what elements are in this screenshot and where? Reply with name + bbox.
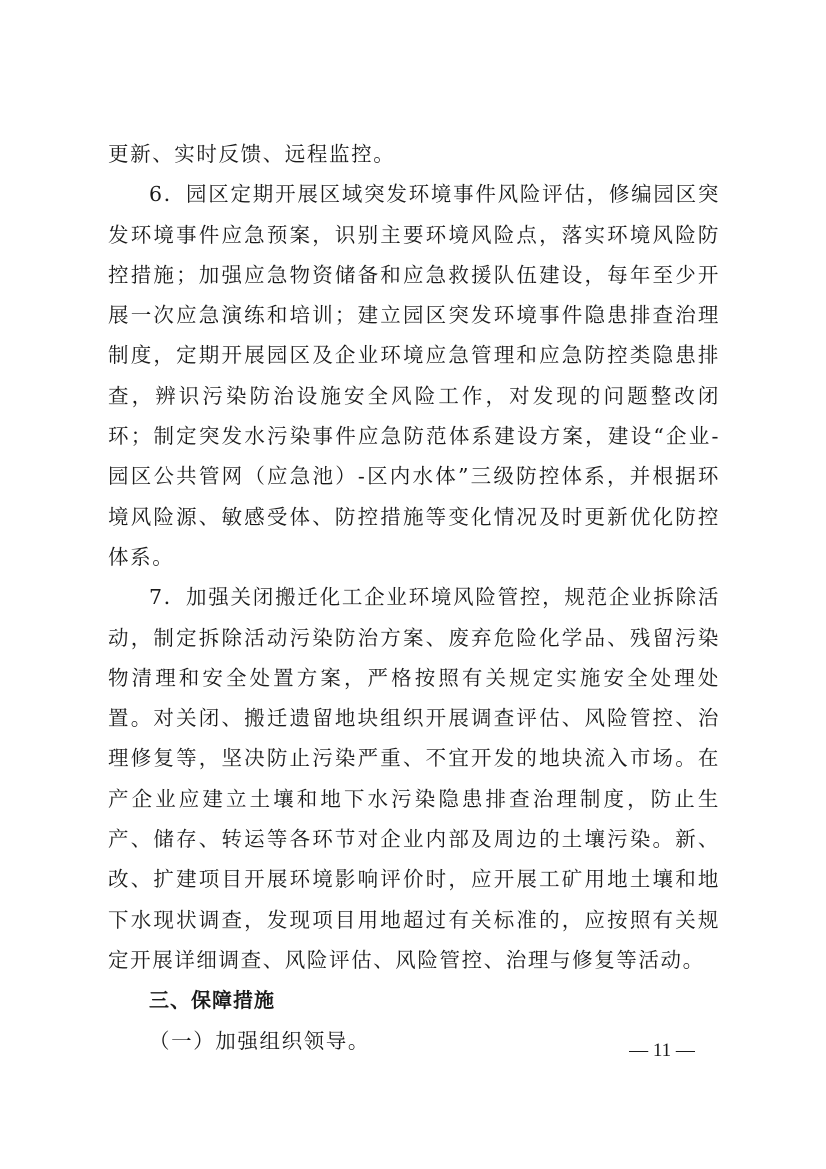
document-body: 更新、实时反馈、远程监控。 6．园区定期开展区域突发环境事件风险评估，修编园区突… <box>108 134 720 1061</box>
page-number: — 11 — <box>620 1040 704 1062</box>
document-page: 更新、实时反馈、远程监控。 6．园区定期开展区域突发环境事件风险评估，修编园区突… <box>0 0 826 1169</box>
paragraph-continuation: 更新、实时反馈、远程监控。 <box>108 134 720 174</box>
paragraph-item-6: 6．园区定期开展区域突发环境事件风险评估，修编园区突发环境事件应急预案，识别主要… <box>108 174 720 577</box>
paragraph-item-7: 7．加强关闭搬迁化工企业环境风险管控，规范企业拆除活动，制定拆除活动污染防治方案… <box>108 577 720 980</box>
section-heading: 三、保障措施 <box>108 980 720 1020</box>
